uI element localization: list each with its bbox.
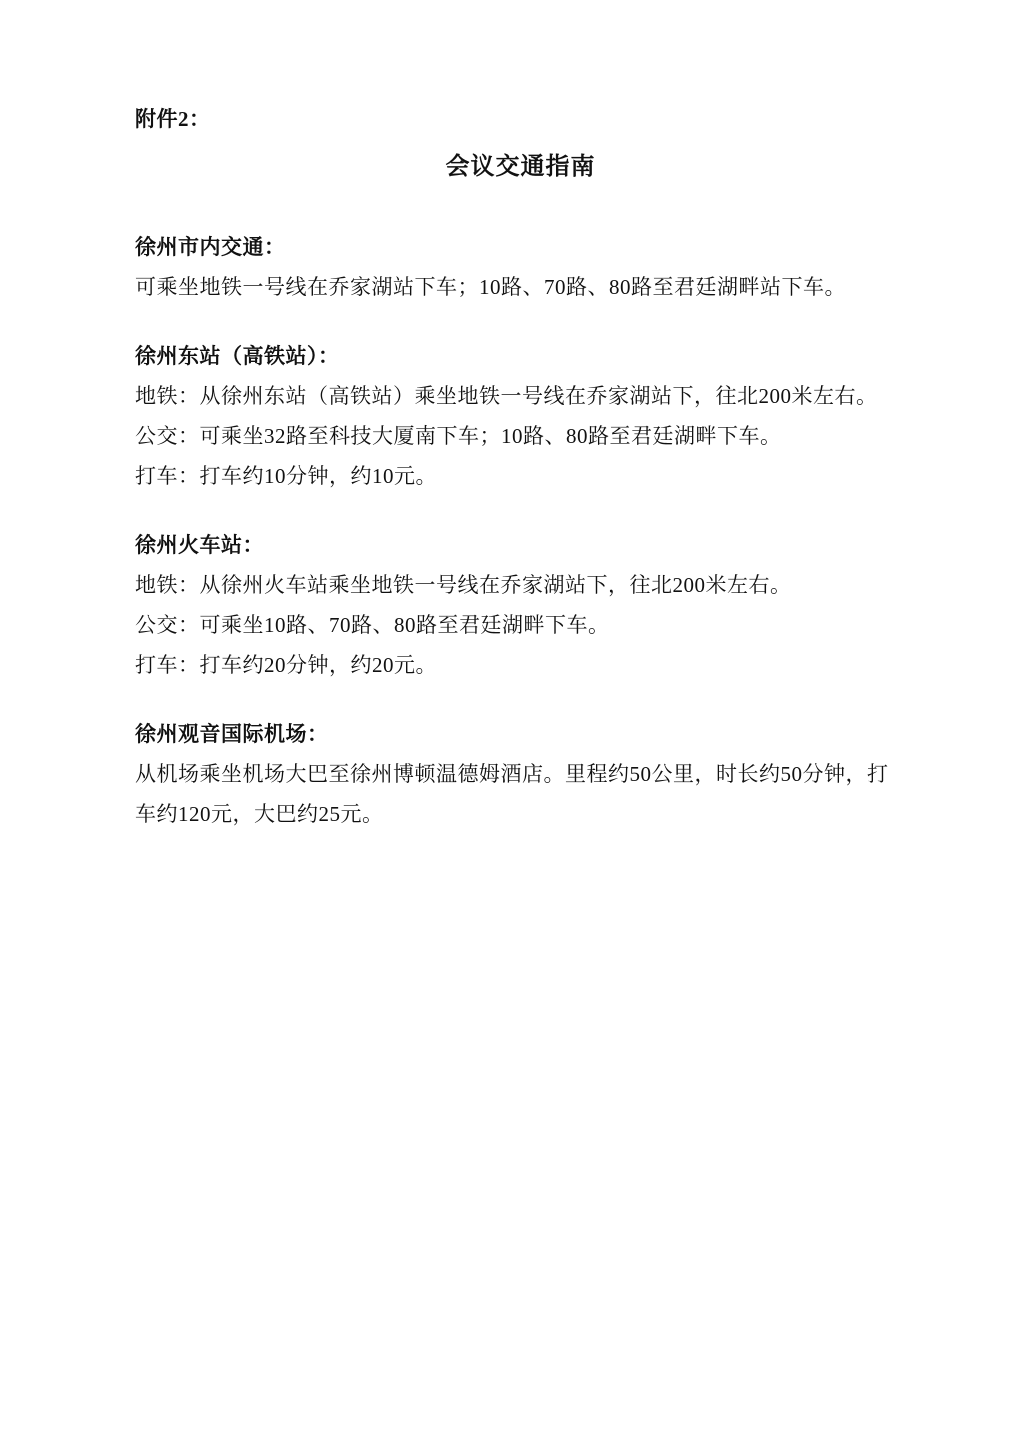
page-title: 会议交通指南 [135,146,906,181]
section-heading: 徐州市内交通： [135,227,906,267]
body-line: 从机场乘坐机场大巴至徐州博顿温德姆酒店。里程约50公里，时长约50分钟，打车约1… [135,754,906,834]
section-heading: 徐州观音国际机场： [135,714,906,754]
body-line: 打车：打车约20分钟，约20元。 [135,645,906,685]
body-line: 地铁：从徐州东站（高铁站）乘坐地铁一号线在乔家湖站下，往北200米左右。 [135,376,906,416]
attachment-label: 附件2： [135,104,906,134]
body-line: 可乘坐地铁一号线在乔家湖站下车；10路、70路、80路至君廷湖畔站下车。 [135,267,906,307]
section-heading: 徐州东站（高铁站）： [135,336,906,376]
transport-section: 徐州观音国际机场：从机场乘坐机场大巴至徐州博顿温德姆酒店。里程约50公里，时长约… [135,714,906,834]
body-line: 公交：可乘坐32路至科技大厦南下车；10路、80路至君廷湖畔下车。 [135,416,906,456]
body-line: 打车：打车约10分钟，约10元。 [135,456,906,496]
transport-section: 徐州市内交通：可乘坐地铁一号线在乔家湖站下车；10路、70路、80路至君廷湖畔站… [135,227,906,307]
sections-container: 徐州市内交通：可乘坐地铁一号线在乔家湖站下车；10路、70路、80路至君廷湖畔站… [135,227,906,834]
body-line: 地铁：从徐州火车站乘坐地铁一号线在乔家湖站下，往北200米左右。 [135,565,906,605]
transport-section: 徐州火车站：地铁：从徐州火车站乘坐地铁一号线在乔家湖站下，往北200米左右。公交… [135,525,906,685]
transport-section: 徐州东站（高铁站）：地铁：从徐州东站（高铁站）乘坐地铁一号线在乔家湖站下，往北2… [135,336,906,496]
section-heading: 徐州火车站： [135,525,906,565]
document-page: 附件2： 会议交通指南 徐州市内交通：可乘坐地铁一号线在乔家湖站下车；10路、7… [0,0,1024,1448]
body-line: 公交：可乘坐10路、70路、80路至君廷湖畔下车。 [135,605,906,645]
